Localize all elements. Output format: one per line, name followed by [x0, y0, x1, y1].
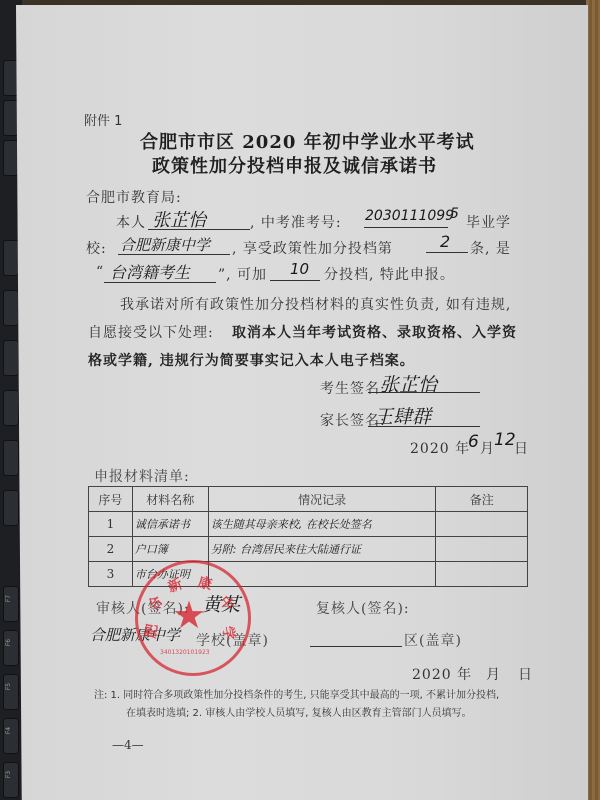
keyboard-key — [3, 140, 19, 176]
exam-id-handwritten: 2030111099 — [365, 208, 454, 224]
exam-id-label: , 中考准考号: — [250, 212, 342, 232]
materials-heading: 申报材料清单: — [94, 466, 190, 486]
name-underline — [148, 229, 250, 230]
policy-text: , 享受政策性加分投档第 — [232, 238, 393, 258]
category-underline — [104, 282, 216, 283]
attachment-label: 附件 1 — [84, 110, 122, 129]
points-handwritten: 10 — [290, 260, 309, 278]
column-header-number: 序号 — [89, 487, 133, 512]
keyboard-key — [3, 290, 19, 326]
column-header-remark: 备注 — [436, 487, 528, 512]
stamp-char: 康 — [196, 572, 215, 595]
material-name: 诚信承诺书 — [132, 512, 208, 537]
signature-date-month-handwritten: 6 — [468, 432, 479, 452]
school-seal-stamp: 新 康 中 学 合 肥 ★ 3401320101923 — [135, 560, 251, 676]
promise-line2-bold: 取消本人当年考试资格、录取资格、入学资 — [232, 322, 517, 342]
promise-line2-normal: 自愿接受以下处理: — [88, 322, 214, 342]
keyboard-key-f3: F3 — [3, 762, 19, 798]
points-underline — [270, 280, 320, 281]
exam-id-suffix-handwritten: 5 — [450, 206, 459, 222]
material-record: 另附: 台湾居民来往大陆通行证 — [208, 537, 436, 562]
parent-signature-handwritten: 王肆群 — [374, 402, 431, 429]
keyboard-key — [3, 490, 19, 526]
student-signature-underline — [368, 392, 480, 393]
promise-line3-bold: 格或学籍, 违规行为简要事实记入本人电子档案。 — [88, 350, 415, 370]
keyboard-key — [3, 440, 19, 476]
policy-suffix: 条, 是 — [470, 238, 511, 258]
stamp-char: 学 — [218, 624, 240, 641]
material-remark — [436, 537, 528, 562]
row-number: 3 — [89, 562, 133, 587]
keyboard-key — [3, 100, 19, 136]
document-title-line2: 政策性加分投档申报及诚信承诺书 — [152, 152, 437, 178]
review-date-year: 2020 年 — [412, 664, 472, 684]
page-number: —4— — [112, 738, 144, 752]
table-row: 1 诚信承诺书 该生随其母亲来校, 在校长处签名 — [89, 512, 528, 537]
row-number: 1 — [89, 512, 133, 537]
stamp-code: 3401320101923 — [160, 649, 210, 656]
second-reviewer-label: 复核人(签名): — [316, 598, 410, 618]
category-handwritten: 台湾籍考生 — [110, 260, 190, 283]
parent-signature-underline — [368, 426, 480, 427]
addressee: 合肥市教育局: — [86, 187, 182, 207]
exam-id-underline — [364, 227, 448, 228]
para1-prefix: 本人 — [116, 212, 146, 232]
points-suffix: 分投档, 特此申报。 — [324, 264, 455, 284]
review-date-month: 月 — [486, 664, 501, 684]
keyboard-key — [3, 340, 19, 376]
wooden-desk-background — [586, 0, 600, 800]
policy-item-handwritten: 2 — [440, 232, 450, 251]
keyboard-key-f5: F5 — [3, 674, 19, 710]
material-remark — [436, 562, 528, 587]
note-line2: 在填表时选填; 2. 审核人由学校人员填写, 复核人由区教育主管部门人员填写。 — [126, 704, 472, 719]
signature-date-day-handwritten: 12 — [494, 430, 516, 450]
quote-close: ”, 可加 — [218, 264, 267, 284]
material-record: 该生随其母亲来校, 在校长处签名 — [208, 512, 436, 537]
graduate-label: 毕业学 — [466, 212, 511, 232]
keyboard-key — [3, 390, 19, 426]
district-stamp-label: 区(盖章) — [404, 630, 462, 650]
policy-item-underline — [426, 252, 468, 253]
stamp-char: 合 — [143, 591, 167, 615]
promise-line1: 我承诺对所有政策性加分投档材料的真实性负责, 如有违规, — [120, 294, 511, 314]
student-signature-label: 考生签名: — [320, 378, 386, 398]
note-line1: 注: 1. 同时符合多项政策性加分投档条件的考生, 只能享受其中最高的一项, 不… — [94, 686, 499, 701]
review-date-day: 日 — [518, 664, 533, 684]
table-header-row: 序号 材料名称 情况记录 备注 — [89, 487, 528, 512]
material-remark — [436, 512, 528, 537]
document-title-line1: 合肥市市区 2020 年初中学业水平考试 — [140, 128, 475, 154]
school-underline — [118, 254, 230, 255]
materials-table: 序号 材料名称 情况记录 备注 1 诚信承诺书 该生随其母亲来校, 在校长处签名… — [88, 486, 528, 587]
signature-date-year: 2020 年 — [410, 438, 470, 458]
keyboard-key — [3, 240, 19, 276]
stamp-char: 中 — [215, 591, 239, 615]
column-header-record: 情况记录 — [208, 487, 436, 512]
signature-date-day-label: 日 — [514, 438, 529, 458]
quote-open: “ — [96, 264, 104, 280]
material-name: 户口簿 — [132, 537, 208, 562]
row-number: 2 — [89, 537, 133, 562]
signature-date-month-label: 月 — [480, 438, 495, 458]
district-underline — [310, 646, 402, 647]
keyboard-key-f4: F4 — [3, 718, 19, 754]
keyboard-key-f7: F7 — [3, 586, 19, 622]
material-record — [208, 562, 436, 587]
keyboard-key-f6: F6 — [3, 630, 19, 666]
school-handwritten: 合肥新康中学 — [120, 234, 210, 255]
table-row: 2 户口簿 另附: 台湾居民来往大陆通行证 — [89, 537, 528, 562]
star-icon: ★ — [172, 593, 206, 637]
stamp-char: 肥 — [140, 622, 162, 639]
school-label: 校: — [86, 238, 107, 258]
column-header-material-name: 材料名称 — [132, 487, 208, 512]
